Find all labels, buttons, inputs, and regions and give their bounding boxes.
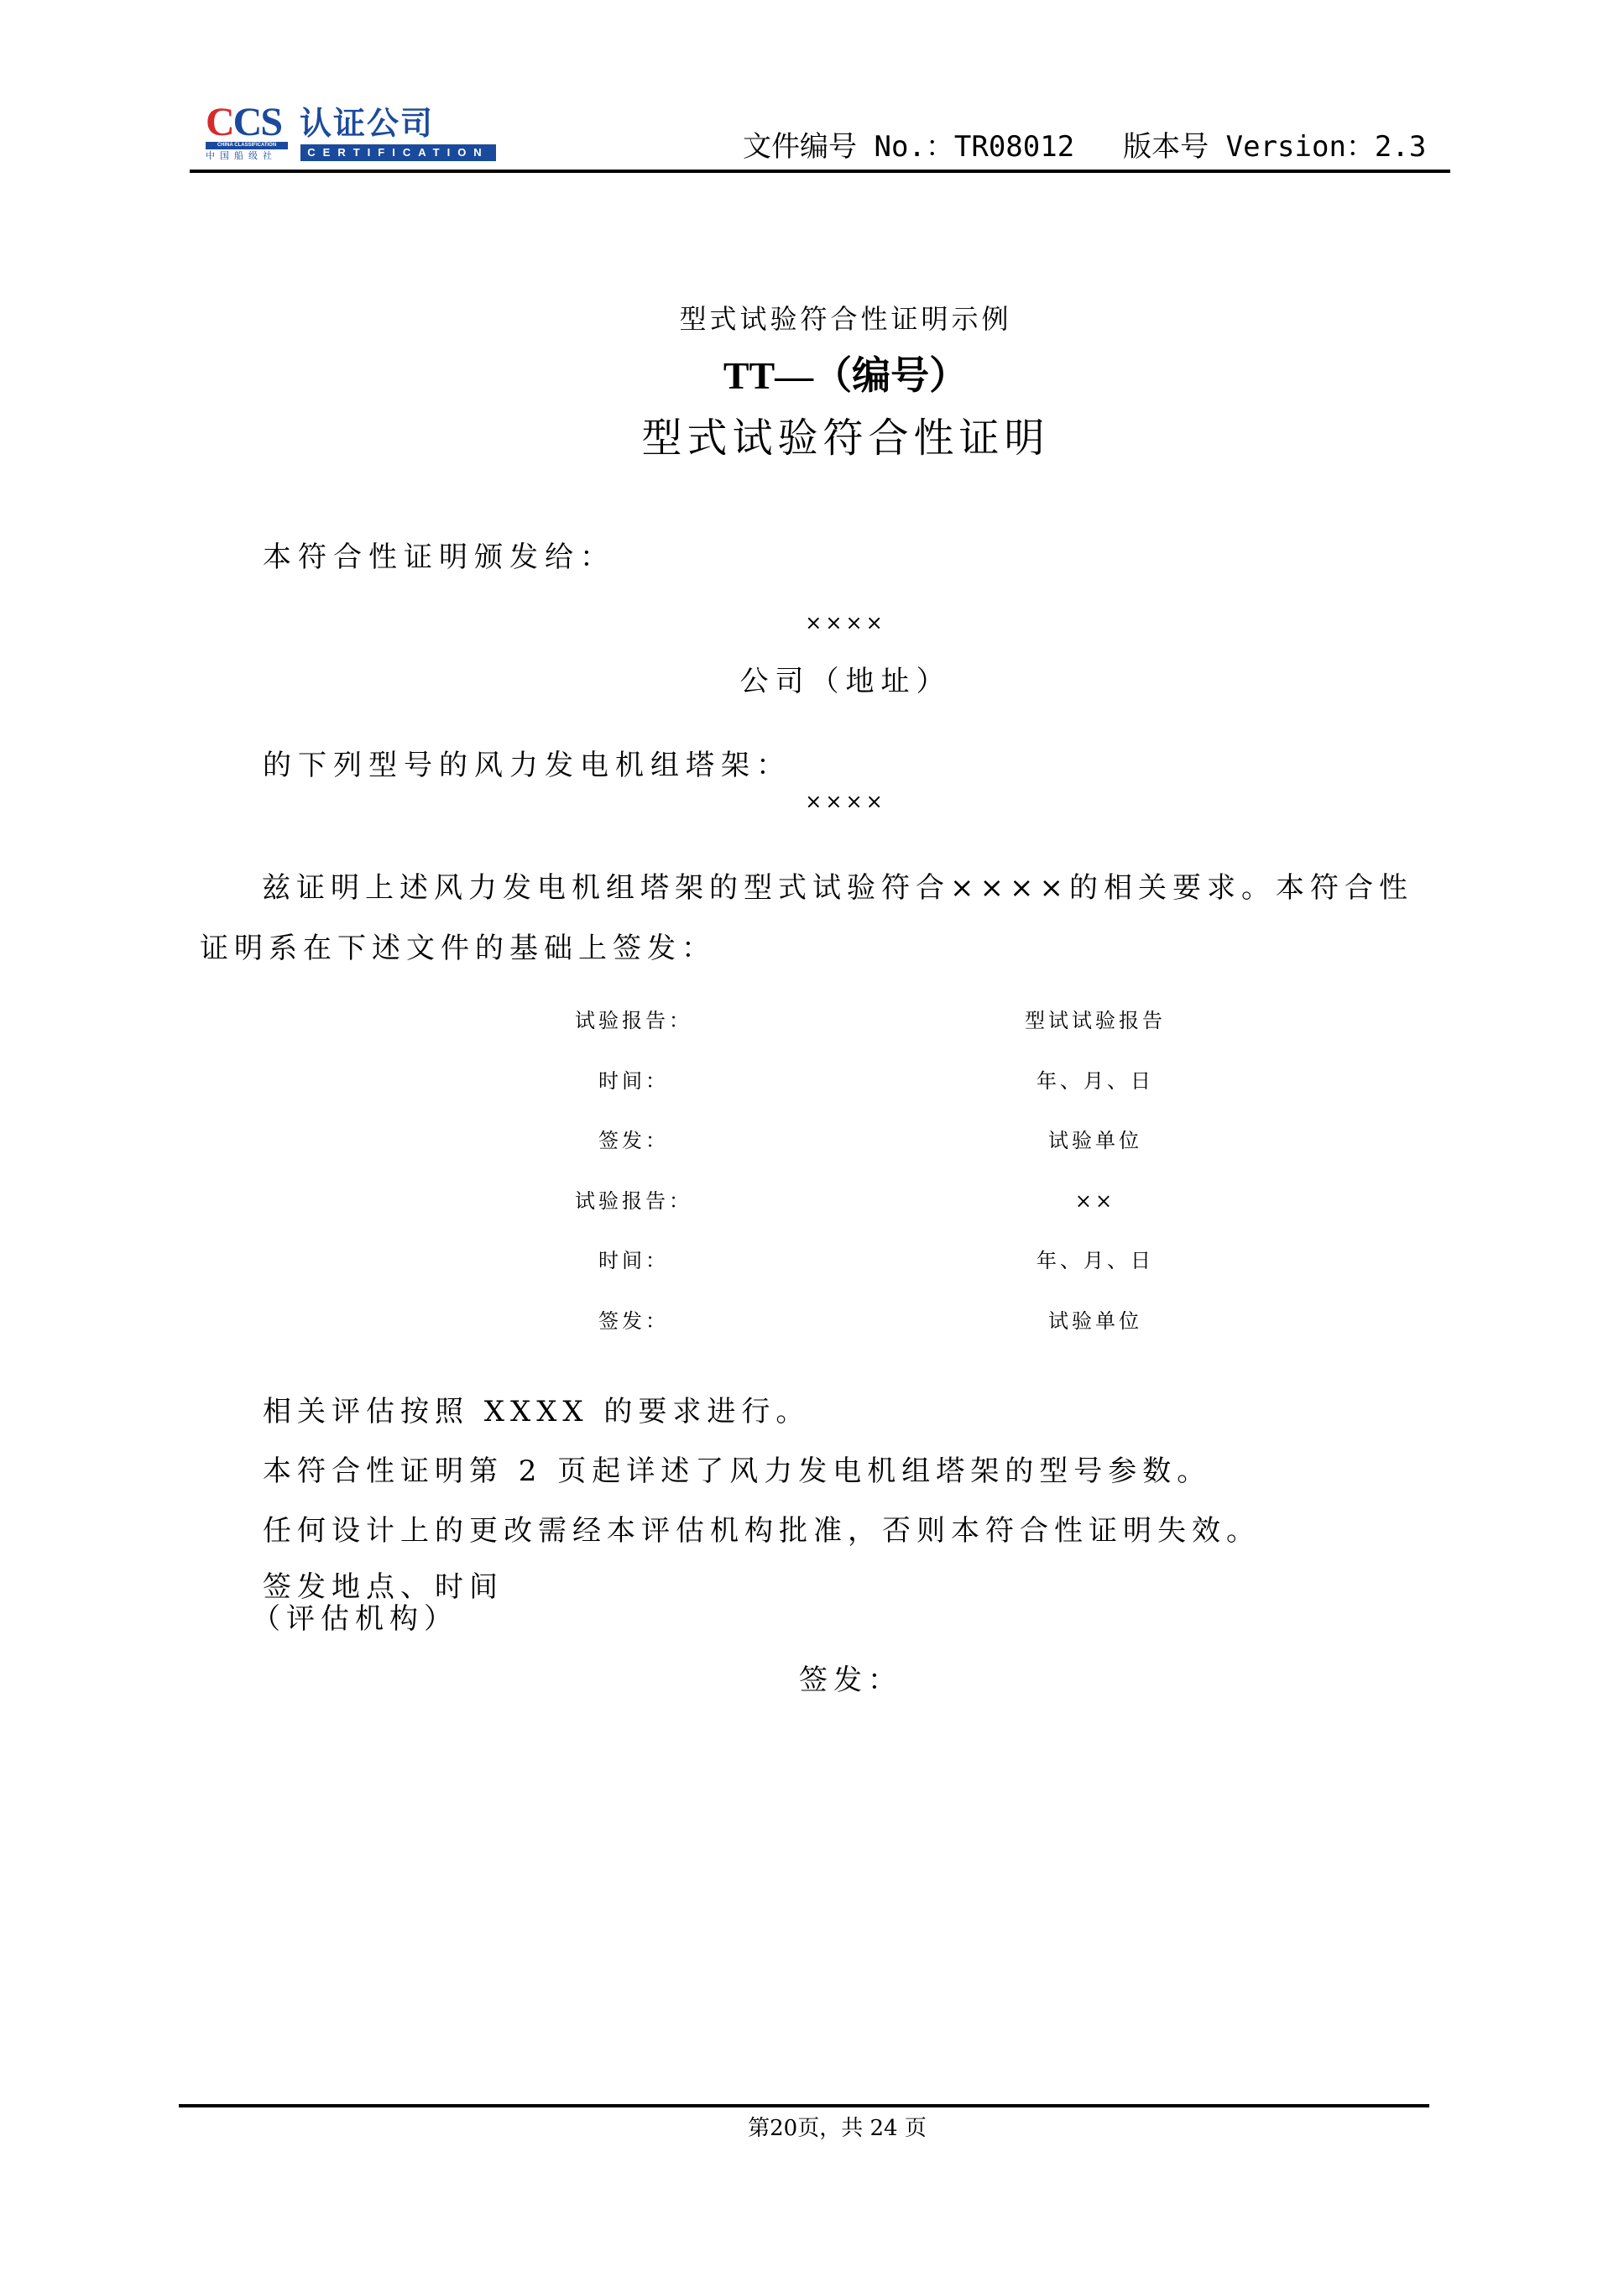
evidence-label: 试验报告： <box>504 1004 764 1037</box>
issue-place-time: 签发地点、时间 <box>263 1571 504 1603</box>
header-rule <box>190 170 1450 173</box>
statement-paragraph: 兹证明上述风力发电机组塔架的型式试验符合××××的相关要求。本符合性证明系在下述… <box>200 858 1433 979</box>
evidence-label: 时间： <box>504 1244 764 1277</box>
footer-rule <box>179 2104 1429 2107</box>
evidence-label: 签发： <box>504 1124 764 1157</box>
change-note: 任何设计上的更改需经本评估机构批准，否则本符合性证明失效。 <box>263 1512 1261 1549</box>
evidence-value: ×× <box>957 1184 1234 1218</box>
issued-to-label: 本符合性证明颁发给： <box>263 539 615 576</box>
evidence-label: 签发： <box>504 1304 764 1338</box>
evidence-value: 试验单位 <box>957 1304 1234 1338</box>
logo-society-en: CHINA CLASSIFICATION SOCIETY <box>206 142 288 149</box>
document-number: 文件编号 No.：TR08012 <box>743 130 1074 164</box>
pages-note: 本符合性证明第 2 页起详述了风力发电机组塔架的型号参数。 <box>263 1453 1211 1490</box>
evidence-row: 签发： 试验单位 <box>504 1124 1259 1184</box>
issuing-body: （评估机构） <box>252 1603 458 1635</box>
signature-label: 签发： <box>799 1662 902 1699</box>
certificate-code: TT—（编号） <box>0 351 1624 401</box>
evidence-row: 时间： 年、月、日 <box>504 1064 1259 1125</box>
logo-society-cn: 中国船级社 <box>206 150 277 162</box>
models-label: 的下列型号的风力发电机组塔架： <box>263 747 791 784</box>
evidence-value: 试验单位 <box>957 1124 1234 1157</box>
evidence-row: 试验报告： ×× <box>504 1184 1259 1245</box>
document-subtitle: 型式试验符合性证明示例 <box>0 300 1624 337</box>
logo-cert-cn: 认证公司 <box>300 106 434 141</box>
evidence-label: 时间： <box>504 1064 764 1098</box>
evidence-row: 时间： 年、月、日 <box>504 1244 1259 1304</box>
evidence-value: 年、月、日 <box>957 1064 1234 1098</box>
page-title: 型式试验符合性证明 <box>0 411 1624 465</box>
ccs-certification-logo: CCS CHINA CLASSIFICATION SOCIETY 中国船级社 认… <box>206 104 499 165</box>
model-placeholder: ×××× <box>0 785 1624 818</box>
logo-cert-en: CERTIFICATION <box>300 144 496 161</box>
document-version: 版本号 Version：2.3 <box>1123 130 1426 164</box>
document-meta: 文件编号 No.：TR08012版本号 Version：2.3 <box>743 128 1426 166</box>
assessment-note: 相关评估按照 XXXX 的要求进行。 <box>263 1393 810 1430</box>
evidence-value: 年、月、日 <box>957 1244 1234 1277</box>
evidence-table: 试验报告： 型试试验报告 时间： 年、月、日 签发： 试验单位 试验报告： ××… <box>504 1004 1259 1364</box>
evidence-label: 试验报告： <box>504 1184 764 1218</box>
evidence-row: 签发： 试验单位 <box>504 1304 1259 1365</box>
evidence-row: 试验报告： 型试试验报告 <box>504 1004 1259 1064</box>
page-number: 第20页，共 24 页 <box>0 2113 1624 2144</box>
logo-ccs-mark: CCS <box>206 104 281 141</box>
evidence-value: 型试试验报告 <box>957 1004 1234 1037</box>
company-placeholder: ×××× <box>0 606 1624 640</box>
company-address: 公司（地址） <box>0 663 1624 700</box>
